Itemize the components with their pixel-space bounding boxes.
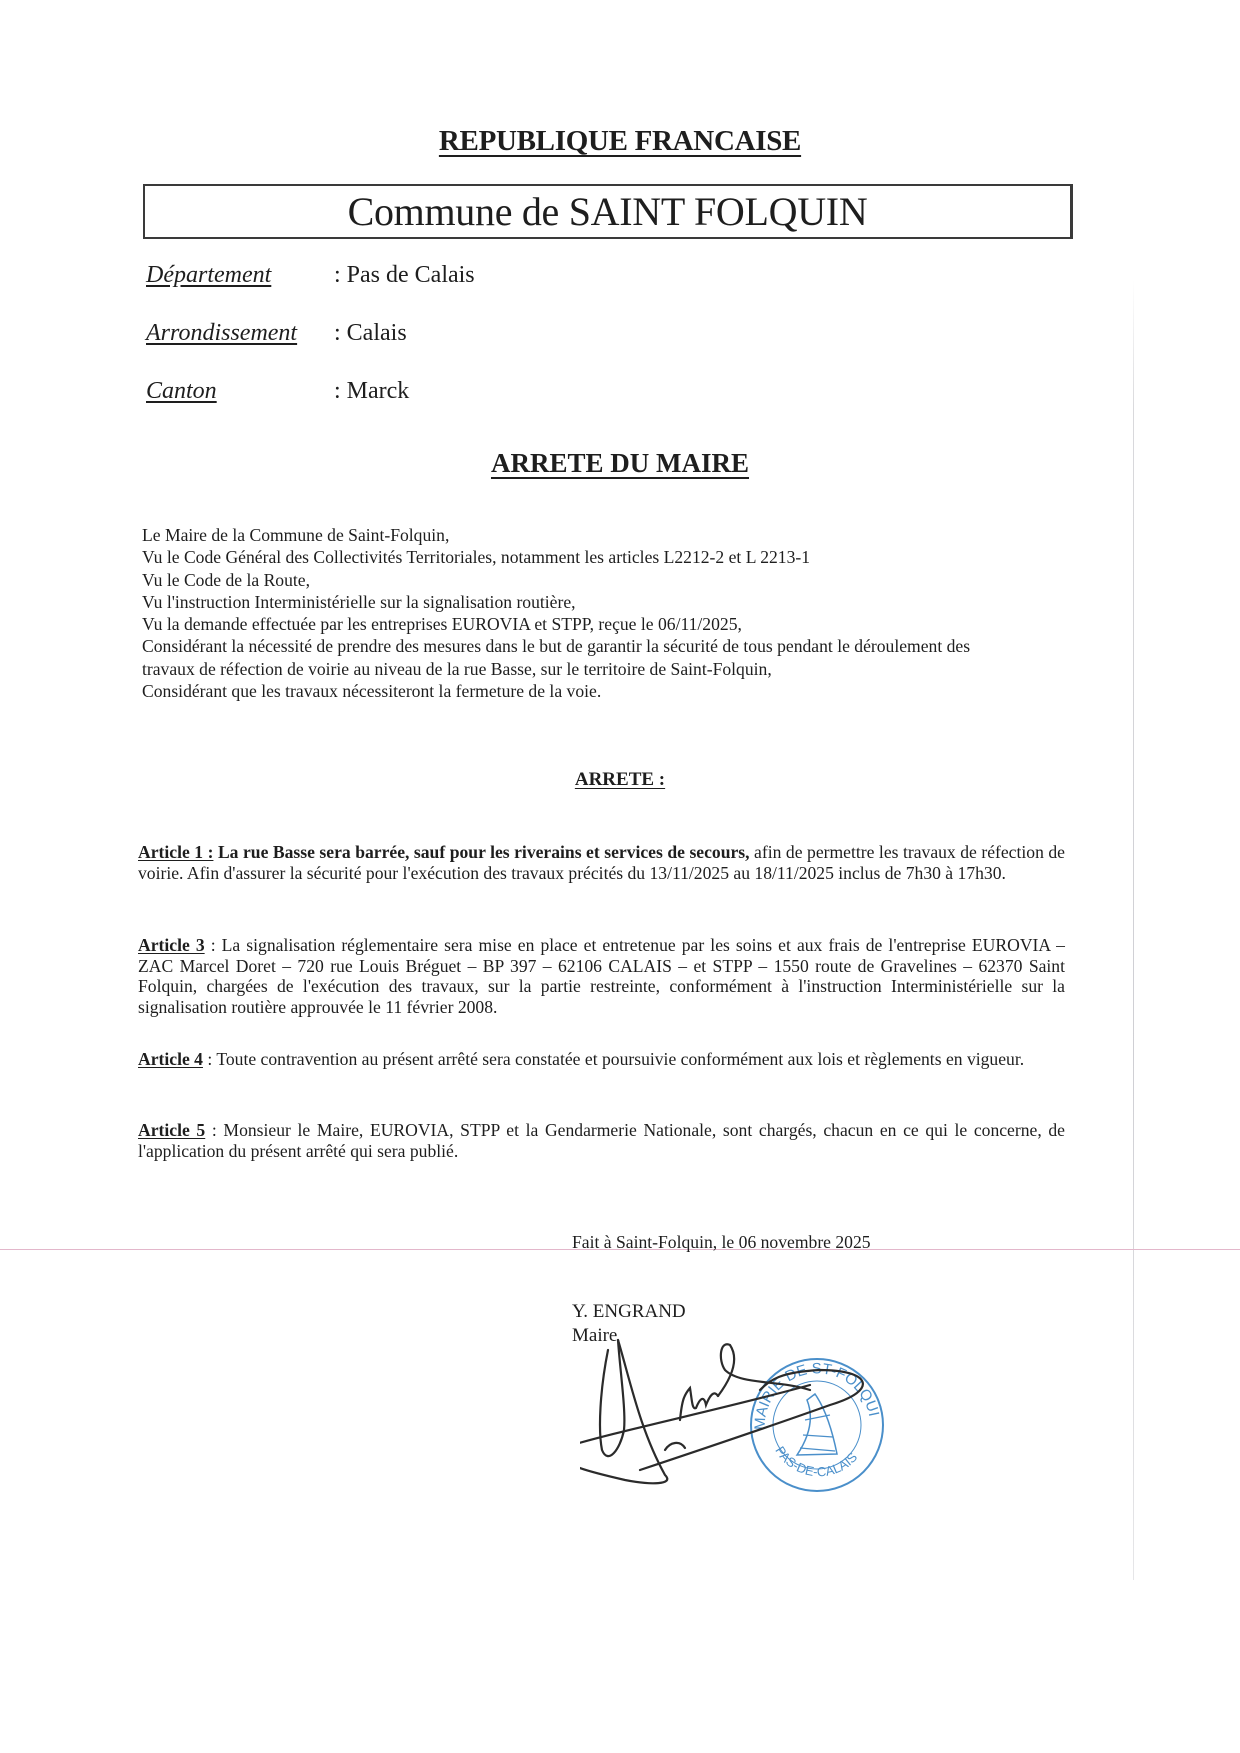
article-label: Article 5: [138, 1120, 205, 1140]
info-canton: Canton : Marck: [146, 378, 217, 405]
article-label: Article 3: [138, 935, 205, 955]
info-departement: Département : Pas de Calais: [146, 262, 271, 289]
place-date: Fait à Saint-Folquin, le 06 novembre 202…: [572, 1232, 871, 1253]
commune-title-box: Commune de SAINT FOLQUIN: [143, 184, 1073, 239]
preamble: Le Maire de la Commune de Saint-Folquin,…: [142, 524, 1082, 702]
article-text: : Monsieur le Maire, EUROVIA, STPP et la…: [138, 1120, 1065, 1161]
arrete-heading: ARRETE :: [0, 769, 1240, 791]
info-value: : Pas de Calais: [334, 262, 475, 289]
article-5: Article 5 : Monsieur le Maire, EUROVIA, …: [138, 1120, 1065, 1161]
article-text: : La signalisation réglementaire sera mi…: [138, 935, 1065, 1017]
signature-icon: [580, 1300, 920, 1520]
preamble-line: Le Maire de la Commune de Saint-Folquin,: [142, 524, 1082, 546]
preamble-line: travaux de réfection de voirie au niveau…: [142, 658, 1082, 680]
info-label: Arrondissement: [146, 320, 297, 346]
decree-title: ARRETE DU MAIRE: [0, 448, 1240, 479]
republic-heading: REPUBLIQUE FRANCAISE: [0, 125, 1240, 158]
info-value: : Marck: [334, 378, 409, 405]
article-label: Article 4: [138, 1049, 203, 1069]
article-text: : Toute contravention au présent arrêté …: [203, 1049, 1024, 1069]
article-bold-text: La rue Basse sera barrée, sauf pour les …: [213, 842, 749, 862]
info-label: Canton: [146, 378, 217, 404]
preamble-line: Considérant la nécessité de prendre des …: [142, 635, 1082, 657]
article-3: Article 3 : La signalisation réglementai…: [138, 935, 1065, 1017]
article-label: Article 1 :: [138, 842, 213, 862]
article-1: Article 1 : La rue Basse sera barrée, sa…: [138, 842, 1065, 883]
article-4: Article 4 : Toute contravention au prése…: [138, 1049, 1065, 1070]
preamble-line: Vu la demande effectuée par les entrepri…: [142, 613, 1082, 635]
preamble-line: Vu le Code de la Route,: [142, 569, 1082, 591]
info-arrondissement: Arrondissement : Calais: [146, 320, 297, 347]
preamble-line: Vu l'instruction Interministérielle sur …: [142, 591, 1082, 613]
info-label: Département: [146, 262, 271, 288]
info-value: : Calais: [334, 320, 407, 347]
preamble-line: Considérant que les travaux nécessiteron…: [142, 680, 1082, 702]
preamble-line: Vu le Code Général des Collectivités Ter…: [142, 546, 1082, 568]
